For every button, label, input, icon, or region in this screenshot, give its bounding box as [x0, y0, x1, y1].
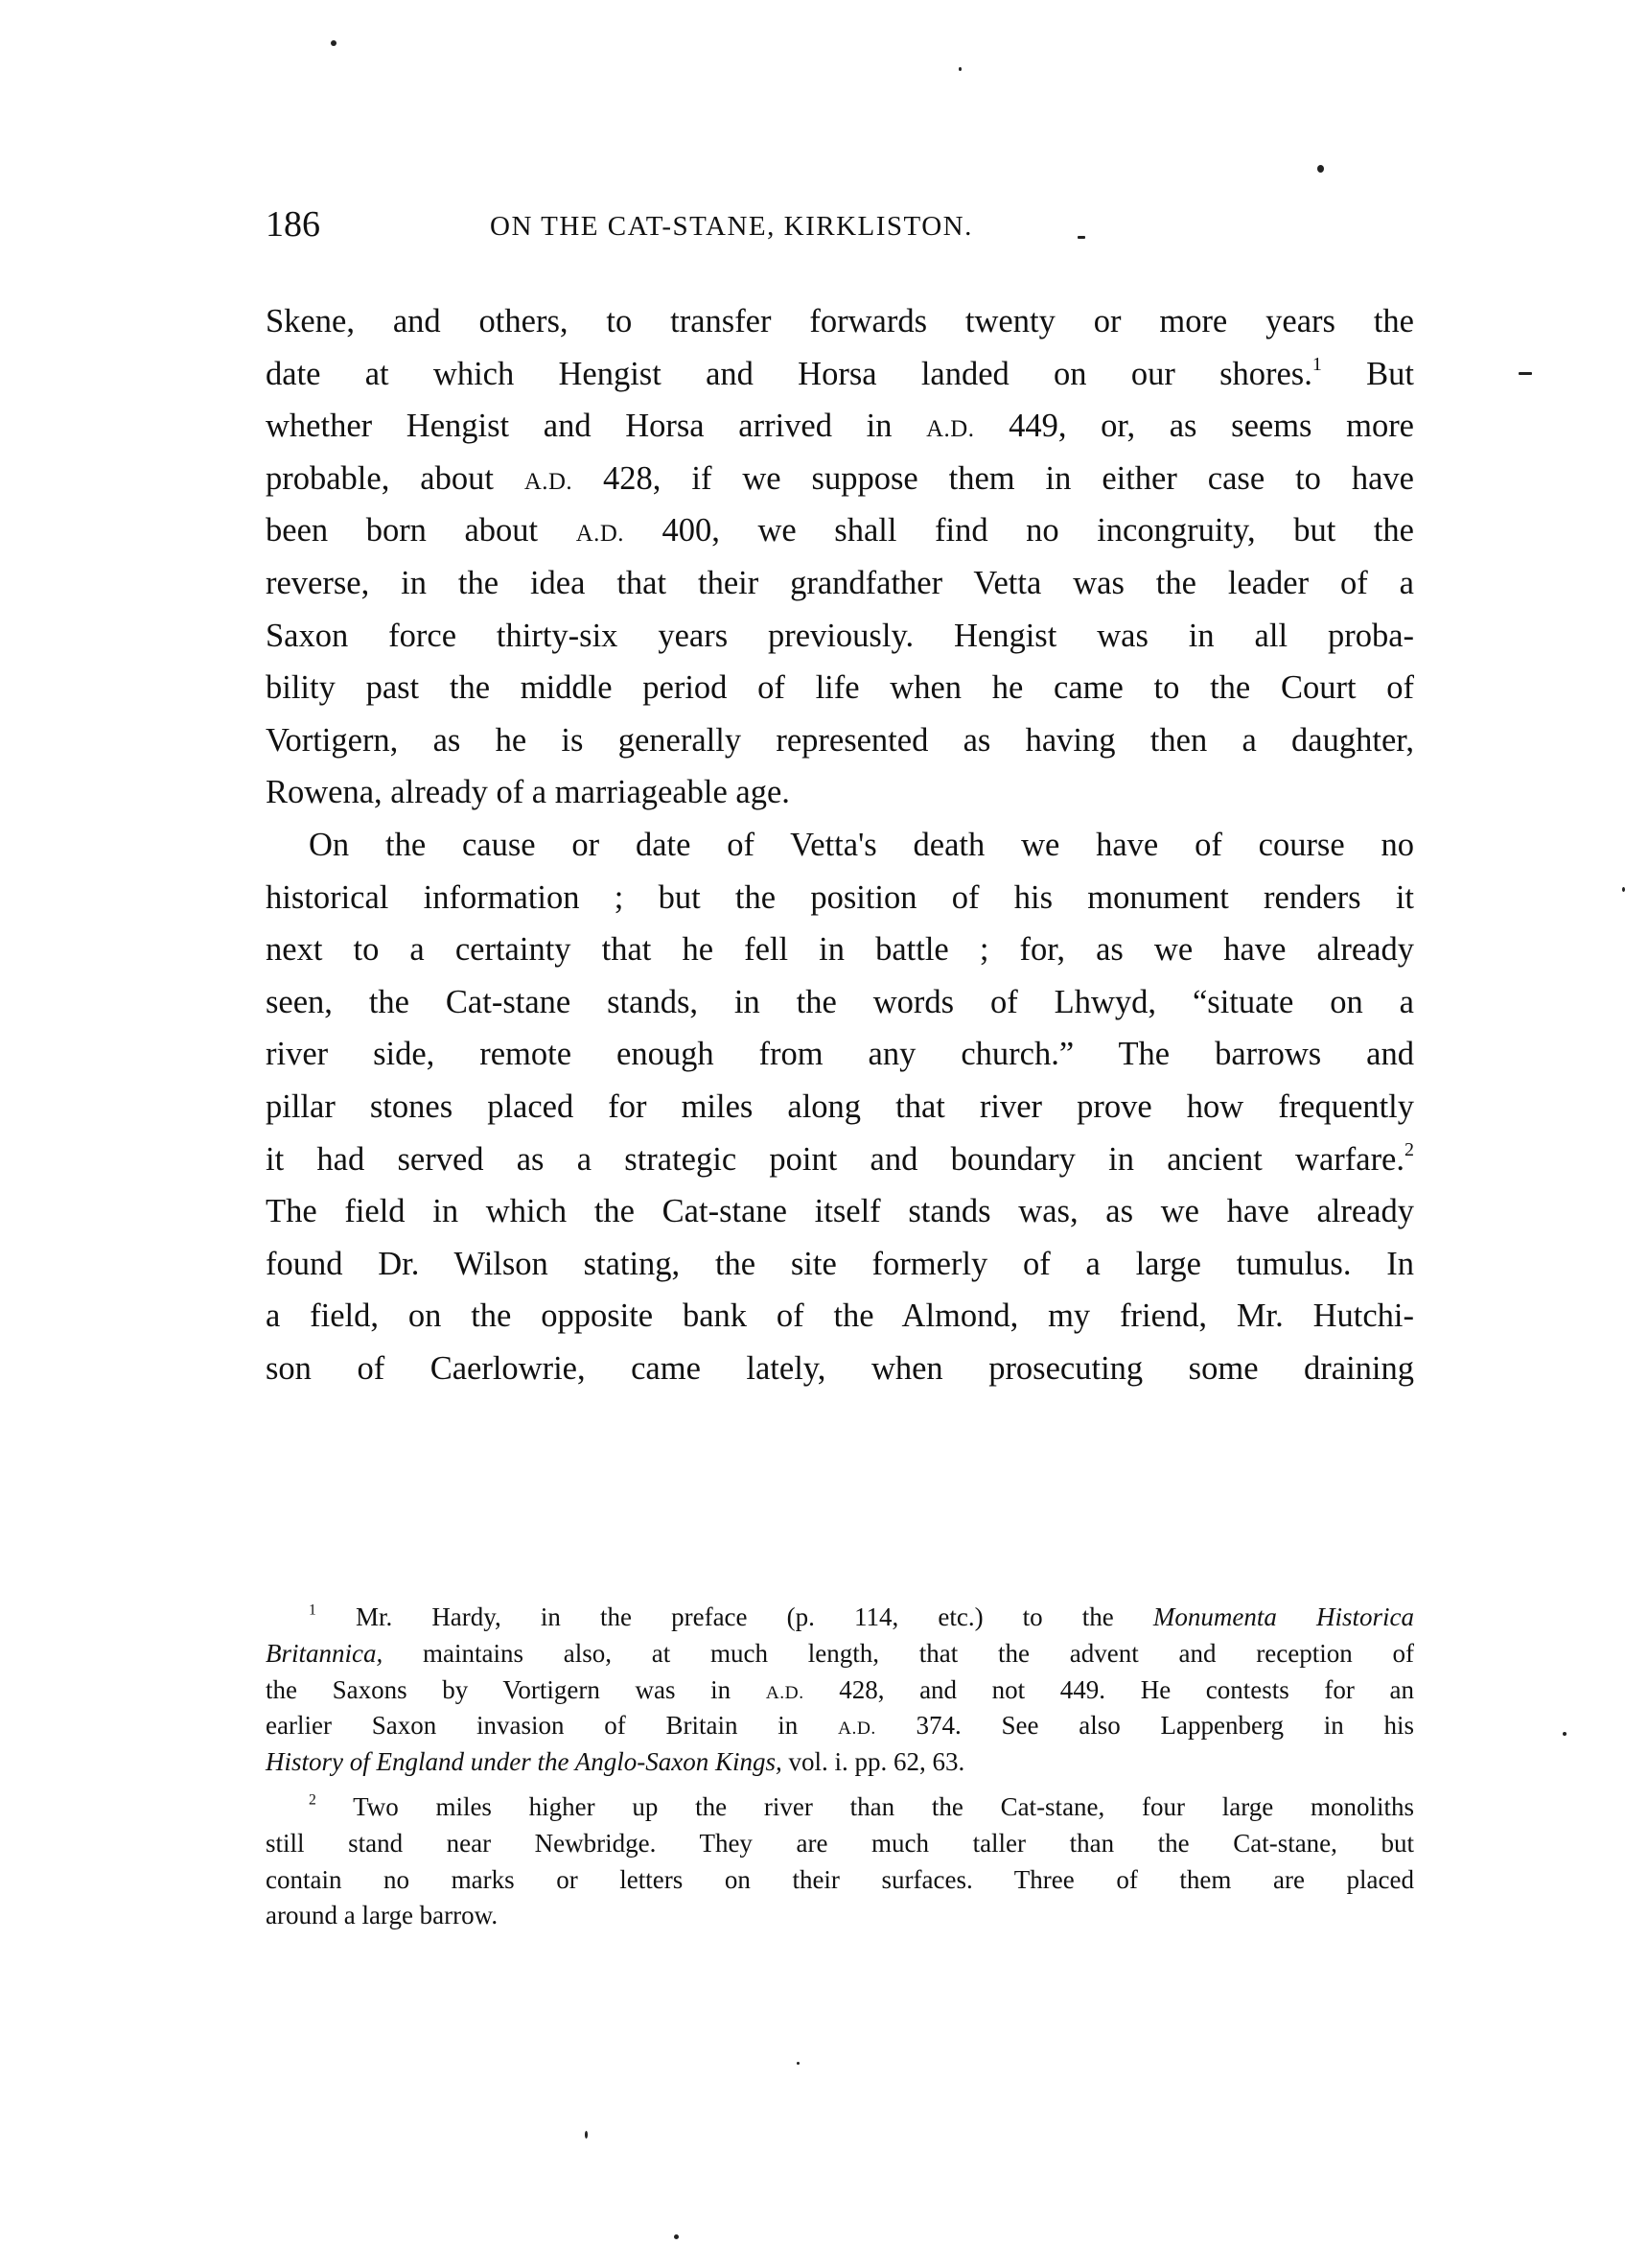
footnote-line: earlier Saxon invasion of Britain in A.D…	[266, 1708, 1414, 1744]
footnote-line: Britannica, maintains also, at much leng…	[266, 1636, 1414, 1672]
footnote-line: contain no marks or letters on their sur…	[266, 1862, 1414, 1899]
footnote-marker: 2	[309, 1791, 316, 1808]
scan-speck	[674, 2234, 679, 2239]
running-title: ON THE CAT-STANE, KIRKLISTON.	[490, 207, 973, 246]
text-line: Rowena, already of a marriageable age.	[266, 766, 1414, 819]
scan-speck	[1317, 165, 1324, 173]
text-line: a field, on the opposite bank of the Alm…	[266, 1290, 1414, 1343]
text-line: Skene, and others, to transfer forwards …	[266, 295, 1414, 348]
text-line: son of Caerlowrie, came lately, when pro…	[266, 1343, 1414, 1395]
text-line: Saxon force thirty-six years previously.…	[266, 610, 1414, 663]
footnote-marker: 1	[309, 1602, 316, 1618]
footnote-ref-1[interactable]: 1	[1312, 354, 1322, 375]
text-line: reverse, in the idea that their grandfat…	[266, 557, 1414, 610]
text-line: found Dr. Wilson stating, the site forme…	[266, 1238, 1414, 1291]
scan-speck	[1563, 1732, 1567, 1736]
body-text: Skene, and others, to transfer forwards …	[266, 295, 1414, 1394]
scan-speck	[331, 40, 337, 46]
scan-speck	[797, 2062, 800, 2065]
scan-speck	[585, 2131, 588, 2139]
scan-speck	[1519, 372, 1532, 375]
footnote-line: around a large barrow.	[266, 1898, 1414, 1934]
running-head: 186 ON THE CAT-STANE, KIRKLISTON.	[266, 203, 1414, 246]
page-number: 186	[266, 203, 320, 246]
text-line: Vortigern, as he is generally represente…	[266, 714, 1414, 767]
footnotes: 1 Mr. Hardy, in the preface (p. 114, etc…	[266, 1600, 1414, 1934]
text-line: seen, the Cat-stane stands, in the words…	[266, 976, 1414, 1029]
text-line: probable, about A.D. 428, if we suppose …	[266, 453, 1414, 505]
book-title: History of England under the Anglo-Saxon…	[266, 1747, 782, 1776]
footnote-ref-2[interactable]: 2	[1404, 1139, 1414, 1160]
text-line: On the cause or date of Vetta's death we…	[266, 819, 1414, 872]
scan-speck	[1622, 887, 1625, 892]
footnote-2: 2 Two miles higher up the river than the…	[266, 1789, 1414, 1934]
text-line: been born about A.D. 400, we shall find …	[266, 504, 1414, 557]
scan-speck	[959, 67, 962, 71]
text-line: whether Hengist and Horsa arrived in A.D…	[266, 400, 1414, 453]
footnote-1: 1 Mr. Hardy, in the preface (p. 114, etc…	[266, 1600, 1414, 1781]
text-line: river side, remote enough from any churc…	[266, 1028, 1414, 1081]
text-line: pillar stones placed for miles along tha…	[266, 1081, 1414, 1134]
scan-speck	[1078, 236, 1085, 239]
text-line: The field in which the Cat-stane itself …	[266, 1185, 1414, 1238]
text-line: date at which Hengist and Horsa landed o…	[266, 348, 1414, 401]
footnote-line: still stand near Newbridge. They are muc…	[266, 1826, 1414, 1862]
footnote-line: 2 Two miles higher up the river than the…	[266, 1789, 1414, 1826]
footnote-line: 1 Mr. Hardy, in the preface (p. 114, etc…	[266, 1600, 1414, 1636]
book-title: Monumenta Historica	[1153, 1602, 1414, 1631]
text-line: it had served as a strategic point and b…	[266, 1134, 1414, 1186]
text-line: bility past the middle period of life wh…	[266, 662, 1414, 714]
text-line: historical information ; but the positio…	[266, 872, 1414, 924]
footnote-line: the Saxons by Vortigern was in A.D. 428,…	[266, 1672, 1414, 1709]
footnote-line: History of England under the Anglo-Saxon…	[266, 1744, 1414, 1781]
book-title: Britannica,	[266, 1639, 383, 1668]
text-line: next to a certainty that he fell in batt…	[266, 924, 1414, 976]
